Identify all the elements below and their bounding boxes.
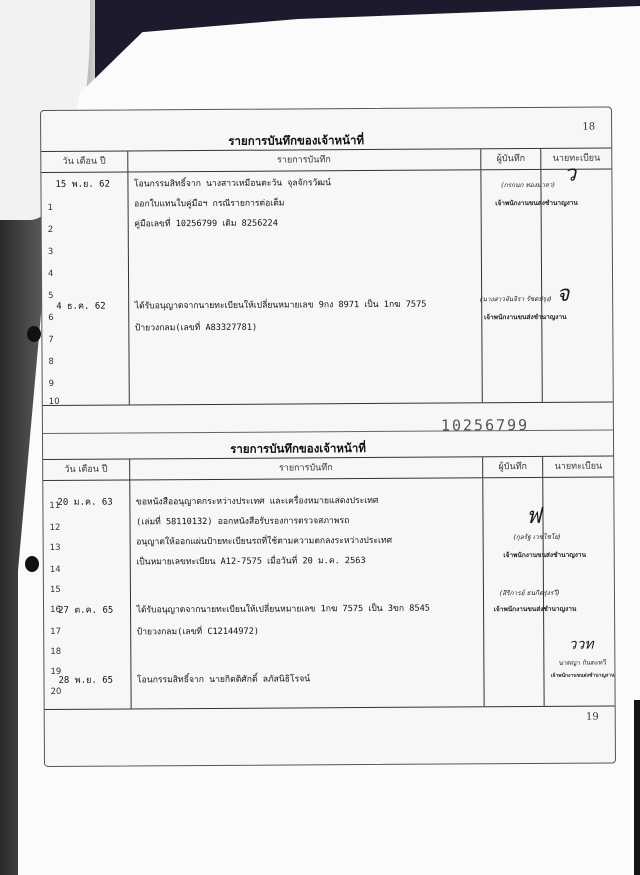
signature-mark: ว [564,156,577,191]
entry-line: คู่มือเลขที่ 10256799 เดิม 8256224 [134,216,278,231]
row-number: 7 [48,335,53,345]
row-number: 2 [48,225,53,235]
entry-line: โอนกรรมสิทธิ์จาก นายกิตติศักดิ์ ลภัสนิธิ… [137,671,310,686]
header-entry: รายการบันทึก [128,149,481,171]
signer-role: เจ้าพนักงานขนส่งชำนาญงาน [551,672,615,680]
row-number: 17 [50,627,61,637]
signer-name: นาตญา กันตะทวี [559,658,607,668]
registrar-column: ว จ [542,170,613,402]
recorder-column: (กรกนก ทองมาลา) เจ้าพนักงานขนส่งชำนาญงาน… [481,170,543,402]
row-number: 8 [49,357,54,367]
entry-line: (เล่มที่ 58110132) ออกหนังสือรับรองการตร… [136,513,349,528]
entry-line: ขอหนังสืออนุญาตกระหว่างประเทศ และเครื่อง… [136,493,378,508]
signature-mark: จ [556,276,569,311]
entry-line: ได้รับอนุญาตจากนายทะเบียนให้เปลี่ยนหมายเ… [135,297,427,313]
date-column: 1 2 3 4 5 6 7 8 9 10 15 พ.ย. 62 4 ธ.ค. 6… [41,172,129,405]
officer-record-table-1: รายการบันทึกของเจ้าหน้าที่ วัน เดือน ปี … [41,130,613,406]
row-number: 12 [50,523,61,533]
entry-line: ป้ายวงกลม(เลขที่ A83327781) [135,320,257,335]
entry-column: ขอหนังสืออนุญาตกระหว่างประเทศ และเครื่อง… [130,478,485,708]
entry-date: 4 ธ.ค. 62 [56,299,106,313]
entry-column: โอนกรรมสิทธิ์จาก นางสาวเหมือนตะวัน จุลจั… [128,170,483,404]
row-number: 6 [48,313,53,323]
entry-line: โอนกรรมสิทธิ์จาก นางสาวเหมือนตะวัน จุลจั… [134,175,331,190]
header-registrar: นายทะเบียน [544,457,614,477]
row-number: 20 [51,687,62,697]
date-column: 11 12 13 14 15 16 17 18 19 20 20 ม.ค. 63… [43,480,131,709]
row-number: 5 [48,291,53,301]
entry-line: ได้รับอนุญาตจากนายทะเบียนให้เปลี่ยนหมายเ… [137,601,430,617]
entry-date: 20 ม.ค. 63 [57,495,112,509]
row-number: 4 [48,269,53,279]
entry-line: ออกใบแทนใบคู่มือฯ กรณีรายการต่อเต็ม [134,196,284,211]
row-number: 9 [49,379,54,389]
page-number-bottom: 19 [586,712,599,723]
header-entry: รายการบันทึก [130,457,483,479]
registrar-column: ฟ ววท นาตญา กันตะทวี เจ้าพนักงานขนส่งชำน… [544,478,615,706]
header-registrar: นายทะเบียน [542,149,612,169]
entry-date: 28 พ.ย. 65 [58,673,113,687]
header-recorder: ผู้บันทึก [481,149,542,169]
row-number: 1 [48,203,53,213]
signature-mark: ววท [569,634,594,656]
row-number: 15 [50,585,61,595]
entry-line: ป้ายวงกลม(เลขที่ C12144972) [137,624,259,639]
row-number: 10 [49,397,60,407]
header-recorder: ผู้บันทึก [483,457,544,477]
entry-date: 15 พ.ย. 62 [55,177,110,191]
row-number: 14 [50,565,61,575]
entry-line: อนุญาตให้ออกแผ่นป้ายทะเบียนรถที่ใช้ตามคว… [136,533,392,549]
signature-mark: ฟ [526,498,542,533]
header-date: วัน เดือน ปี [41,151,128,172]
header-date: วัน เดือน ปี [43,459,130,480]
entry-line: เป็นหมายเลขทะเบียน A12-7575 เมื่อวันที่ … [136,553,365,568]
serial-stamp: 10256799 [441,416,529,435]
signer-name: (นางสาวจันจิรา รัชตปรุง) [480,294,552,304]
record-sheet: 18 รายการบันทึกของเจ้าหน้าที่ วัน เดือน … [40,107,616,767]
row-number: 3 [48,247,53,257]
binder-hole [27,326,41,342]
officer-record-table-2: รายการบันทึกของเจ้าหน้าที่ วัน เดือน ปี … [43,438,615,710]
entry-date: 27 ต.ค. 65 [58,603,113,617]
row-number: 13 [50,543,61,553]
background-edge [634,700,640,875]
binder-hole [25,556,39,572]
row-number: 18 [50,647,61,657]
